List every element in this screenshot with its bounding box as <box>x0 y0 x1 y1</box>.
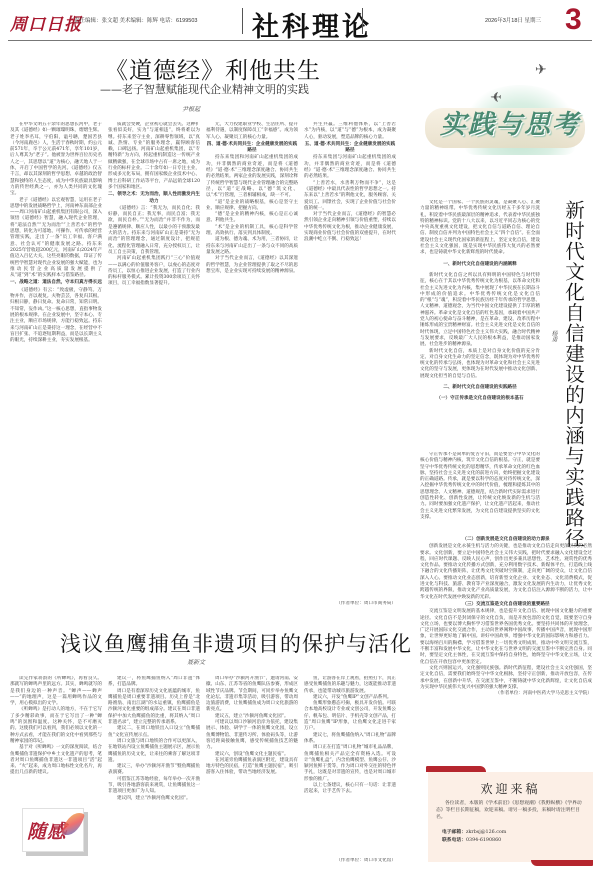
author-affiliation: （作者单位：河南中医药大学马克思主义学院） <box>420 691 592 697</box>
section-heading: 二、领导之术：无为而治，顺人性而激发内生动力 <box>108 192 200 205</box>
call-title: 欢迎来稿 <box>428 780 593 797</box>
section-heading: 五、道·德·术共同共生：企业健康发展的实践路径 <box>304 142 396 155</box>
banner-title: 实践与思考 <box>440 104 580 141</box>
paragraph: “上善若水，水善利万物而不争”，这是《道德经》中最具代表性的哲学思想之一。持东来… <box>304 181 396 212</box>
paragraph: 在中华文明五千余年的思想长河中，老子及其《道德经》如一颗璀璨明珠，熠熠生辉。老子… <box>10 122 102 198</box>
subsection-heading: （二）创新发展是文化自信建设的动力源泉 <box>420 537 592 543</box>
paragraph: 周口文旅与周口地铁的合作可以更深入，在地铁站内设立鱼鹰捕鱼主题展示区，展示鱼鹰捕… <box>108 739 200 764</box>
article-column: 鱼，让游客在岸上观看，拍照打卡，真正感受鱼鹰捕鱼的乐趣与魅力，这既能推动非遗传承… <box>304 676 396 858</box>
paragraph: 河南矿山起重机集团践行“三心”价值观——以满心的价值服务客户，以虔心的态度对待员… <box>108 256 200 287</box>
paragraph: 对于当代企业而言，《道德经》的智慧必然引领企业走向精神引领与价值重塑，持续以中华… <box>304 212 396 243</box>
column-stamp: 随感 <box>22 808 84 852</box>
divider <box>242 8 243 34</box>
column-banner: ✈ ✈ 实践与思考 <box>420 60 595 200</box>
paragraph: 元，大力投建职业学校、生活住所、提升福利待遇，以制度保障员工“幸福感”。成为领军… <box>206 122 298 141</box>
paragraph: 建议二，在周口地铁出入口设立“鱼鹰捕鱼”文化宣传展示点。 <box>108 726 200 739</box>
publication-date: 2026年3月18日 星期三 <box>485 16 541 24</box>
phone-number: 0394-6190860 <box>466 838 501 843</box>
paragraph: 创新发展是文化永葆生机与活力的关键，也是推动文化自信走向更深层次的必然要求。文化… <box>420 544 592 601</box>
article-column: 质就会变硬，企业初心就会丢失。这种扩张看似美好，实为“与道相违”，终将难以为继。… <box>108 122 200 600</box>
article-column: 周口举办“沙颍河开渔节”，邀请河南、安徽、山东、江苏等省的鱼鹰队伍参赛，形成区域… <box>206 676 298 866</box>
article-column: 元，大力投建职业学校、生活住所、提升福利待遇，以制度保障员工“幸福感”。成为领军… <box>206 122 298 600</box>
phone-label: 联系电话： <box>442 837 466 843</box>
paragraph: 共生共赢。三维利他体系，以“上善若水”为内核，以“道”与“德”为根本，成为凝聚人… <box>304 122 396 141</box>
email-label: 电子邮箱： <box>442 829 466 835</box>
article-column: （二）创新发展是文化自信建设的动力源泉 创新发展是文化永葆生机与活力的关键，也是… <box>420 536 592 766</box>
article-column: 守正传承不是简单的复古守旧，而是要坚守中华文化的核心价值与精神内核，筑牢文化自信… <box>420 452 540 536</box>
masthead: 周口日报 责任编辑：张文超 美术编辑：陈辉 电话：6199503 社科理论 20… <box>0 0 600 42</box>
paragraph: 《听蝉鸣》是打动人的地方，不在于它写了多少精彩故事，而在于它写出了一种“蝉鸣”的… <box>10 707 102 745</box>
paragraph: 建议四，建立“沙颍河鱼鹰文化园”。 <box>108 796 200 802</box>
paragraph: 老子《道德经》以宏观智慧，运用在老子思想中的发展战略哲学上，河南神东南部企业——… <box>10 198 102 280</box>
subsection-heading: （三）交流互鉴是文化自信建设的重要路径 <box>420 602 592 608</box>
crane-icon: ✈ <box>535 62 547 78</box>
article-subtitle: ——老子智慧赋能现代企业精神文明的实践 <box>100 81 400 97</box>
section-heading: 四、道·德·术共同共生：企业健康发展的实践路径 <box>206 142 298 155</box>
masthead-rule <box>8 40 592 41</box>
paragraph: 《道德经》言：“我无为，而民自化；我好静，而民自正；我无事，而民自富；我无欲，而… <box>108 206 200 256</box>
paragraph: 建议七，将鱼鹰捕鱼纳入“周口礼物”品牌体系。 <box>304 733 396 746</box>
author-affiliation: （作者单位：周口市商务局） <box>304 601 396 609</box>
paragraph: 道为根、德为魂、术为用，三者协同，让持东来与河南矿山走出了一条与众不同的高质量发… <box>206 237 298 256</box>
feather-icon <box>61 809 85 839</box>
section-heading: 二、新时代文化自信建设的实践路径 <box>420 385 540 391</box>
paragraph: 文化是一个国家、一个民族的灵魂，是凝聚人心、汇聚力量的精神纽带。中华优秀传统文化… <box>420 200 540 257</box>
paragraph: 交流互鉴是文明发展的基本规律，也是提升文化自信、展现中国文化魅力的重要途径。文化… <box>420 609 592 666</box>
paragraph: 新时代文化自信之所以具有鲜明的中国特色与时代特征，核心在于其以中华优秀传统文化为… <box>420 273 540 349</box>
paragraph: 周口是有着深厚历史文化底蕴的城市，鱼鹰捕鱼是周口重要非遗项目。历史上曾是“北路渔… <box>108 689 200 727</box>
section-heading: 一、新时代文化自信建设的内涵阐释 <box>420 262 540 268</box>
paragraph: 鱼，让游客在岸上观看，拍照打卡，真正感受鱼鹰捕鱼的乐趣与魅力，这既能推动非遗传承… <box>304 676 396 695</box>
paragraph: 建议三，举办“沙颍河开渔节”暨鱼鹰捕鱼表演赛。 <box>108 764 200 777</box>
paragraph: 守正传承不是简单的复古守旧，而是要坚守中华文化的核心价值与精神内核，筑牢文化自信… <box>420 452 540 521</box>
subsection-heading: （一）守正传承是文化自信建设的根本基石 <box>420 396 540 402</box>
article-title: 浅议鱼鹰捕鱼非遗项目的保护与活化 <box>60 628 412 658</box>
paragraph: 新时代文化自信，本质上是对自身文化价值的充分肯定、对自身文化生命力的坚定信念，既… <box>420 349 540 380</box>
paragraph: 持东来集团和河南矿山起重机集团的成功，并非偶然的商业奇迹，而是将《道德经》“道·… <box>206 155 298 199</box>
paragraph: 《道德经》有云：“致虚极，守静笃。万物并作，吾以观复。夫物芸芸，各复归其根。归根… <box>10 288 102 345</box>
newspaper-logo: 周口日报 <box>10 10 82 35</box>
article-column: 读完作家蒋韵的《听蝉鸣》，再看良久。那就写的蝉鸣声里的远方。其实，蝉鸣就写的是我… <box>10 676 102 802</box>
paragraph: 基于对《听蝉鸣》一文的深度阅读，结合鱼鹰捕鱼非遗保护中乡土文化遗产的思考，笔者对… <box>10 745 102 776</box>
paragraph: 以上七条建议，核心只有一句话：让非遗活起来，让手艺传下去。 <box>304 783 396 796</box>
paragraph: “术”是企业的机制工具，核心是科学管理、高效执行、落实到具体制度。 <box>206 225 298 238</box>
paragraph: 鱼鹰形象憨态可掬，极具开发价值。可联合本地高校设计专业或文创公司，开发鱼鹰公仔、… <box>304 701 396 732</box>
paragraph: 在河道旁鱼鹰捕鱼表演区附近，建设具有地方特色的民宿，打造“鱼鹰主题民宿”，吸引游… <box>206 758 298 777</box>
paragraph: 文化兴则国运兴，文化强则民族强。新时代新征程，建设社会主义文化强国，坚定文化自信… <box>420 666 592 691</box>
article-author: 尹根起 <box>182 104 200 113</box>
article-column: 共生共赢。三维利他体系，以“上善若水”为内核，以“道”与“德”为根本，成为凝聚人… <box>304 122 396 600</box>
article-title: 新时代文化自信建设的内涵与实践路径 <box>562 200 584 549</box>
article-column: 建议一，将鱼鹰捕鱼纳入“周口非遗”体系，打造品牌。 周口是有着深厚历史文化底蕴的… <box>108 676 200 866</box>
email-line: 电子邮箱：zkrbsj@126.com <box>442 828 506 835</box>
section-heading: 一、战略之道：道法自然，守本归真方得长远 <box>10 280 102 286</box>
article-author: 杨勇 <box>549 330 558 342</box>
paragraph: “德”是企业的精神内核，核心是正心诚意、利他共生。 <box>206 212 298 225</box>
paragraph: 可建议以周口沙颍河沿岸为依托，建设集展示、体验、研学于一体的鱼鹰文化园，设立鱼鹰… <box>206 720 298 751</box>
divider <box>362 8 363 34</box>
email-address[interactable]: zkrbsj@126.com <box>466 830 506 835</box>
editor-credits: 责任编辑：张文超 美术编辑：陈辉 电话：6199503 <box>74 16 197 24</box>
decorative-tab <box>531 860 593 866</box>
paragraph: 周口举办“沙颍河开渔节”，邀请河南、安徽、山东、江苏等省的鱼鹰队伍参赛，形成区域… <box>206 676 298 714</box>
paragraph: 持东来集团与河南矿山起重机集团的成功，并非偶然的商业奇迹，而是将《道德经》“道·… <box>304 155 396 180</box>
phone-line: 联系电话：0394-6190860 <box>442 836 501 843</box>
paragraph: 可借鉴江苏等地经验，每年举办一次开渔节，吸引各地游客前来观赏，让鱼鹰捕鱼这一非遗… <box>108 777 200 796</box>
call-for-submissions: 欢迎来稿 各位读者，本版的《学术前沿》《思想观潮》《我野纵横》《学界动态》等栏目… <box>428 772 593 862</box>
page-number: 3 <box>565 3 582 37</box>
call-body: 各位读者，本版的《学术前沿》《思想观潮》《我野纵横》《学界动态》等栏目长期征稿，… <box>436 800 588 821</box>
article-column: 文化是一个国家、一个民族的灵魂，是凝聚人心、汇聚力量的精神纽带。中华优秀传统文化… <box>420 200 540 450</box>
decorative-tab <box>426 766 486 772</box>
paragraph: 建议一，将鱼鹰捕鱼纳入“周口非遗”体系，打造品牌。 <box>108 676 200 689</box>
paragraph: “道”是企业的战略根基，核心是坚守主业、顺应规律、把握方向。 <box>206 200 298 213</box>
author-affiliation: （作者单位：周口市文化馆） <box>304 858 396 866</box>
paragraph: 对于当代企业而言，《道德经》以其深邃的哲学智慧，为企业管理提供了取之不尽的思想宝… <box>206 256 298 275</box>
paragraph: 读完作家蒋韵的《听蝉鸣》，再看良久。那就写的蝉鸣声里的远方。其实，蝉鸣就写的是我… <box>10 676 102 707</box>
paragraph: 质就会变硬，企业初心就会丢失。这种扩张看似美好，实为“与道相违”，终将难以为继。… <box>108 122 200 191</box>
paragraph: 建议六，创设“鱼鹰文化主题民宿”。 <box>206 752 298 758</box>
article-author: 聂新文 <box>187 657 205 666</box>
section-title: 社科理论 <box>252 5 372 44</box>
paragraph: 周口正在打造“周口礼物”城市礼品品牌，鱼鹰捕鱼相关产品完全有资格入选。可设计“鱼… <box>304 745 396 783</box>
article-column: 在中华文明五千余年的思想长河中，老子及其《道德经》如一颗璀璨明珠，熠熠生辉。老子… <box>10 122 102 600</box>
